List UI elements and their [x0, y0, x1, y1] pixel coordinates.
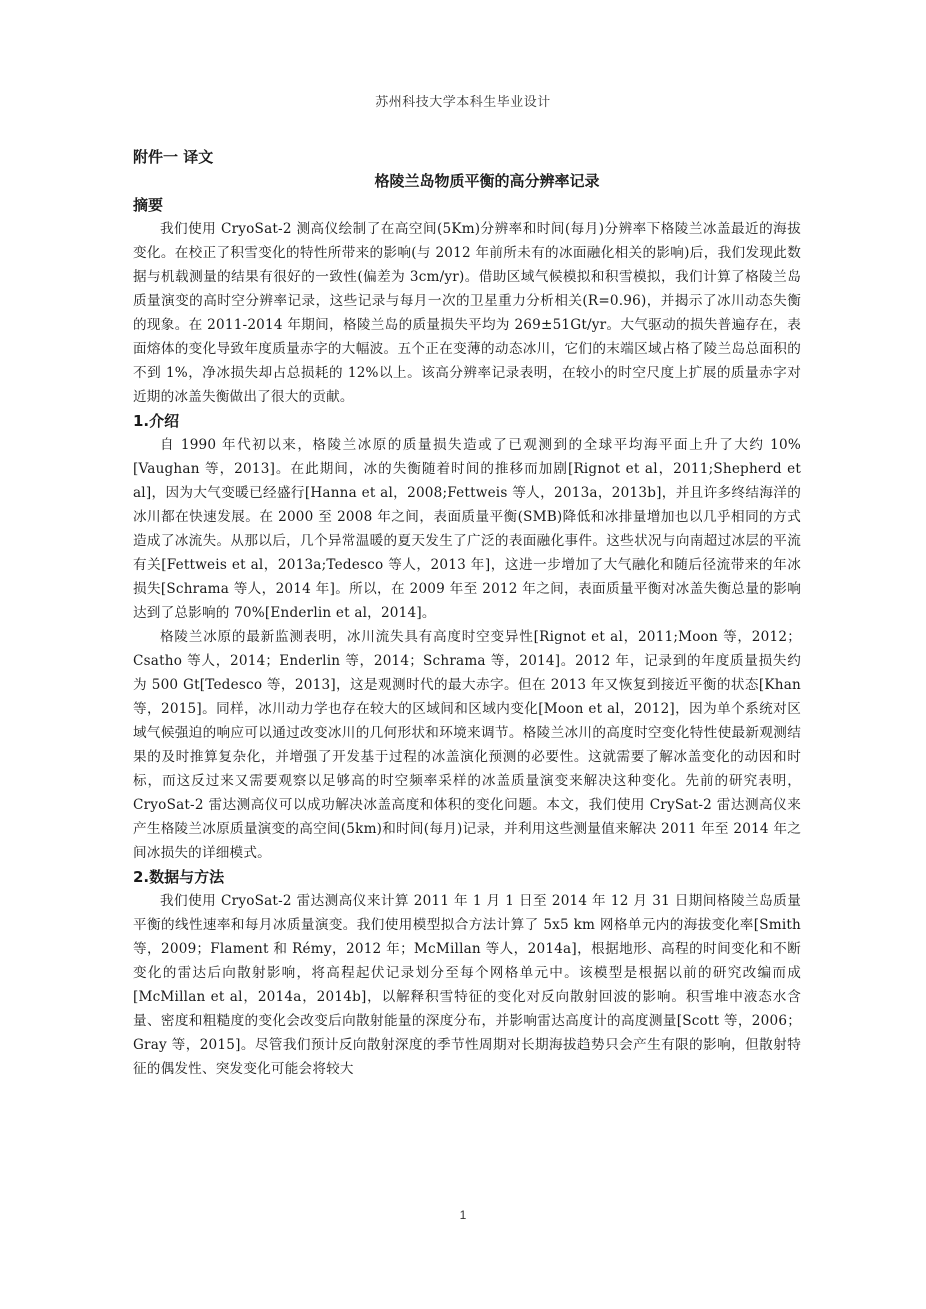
methods-heading: 2.数据与方法: [133, 865, 801, 889]
introduction-paragraph-2: 格陵兰冰原的最新监测表明，冰川流失具有高度时空变异性[Rignot et al，…: [133, 625, 801, 865]
document-title: 格陵兰岛物质平衡的高分辨率记录: [133, 169, 801, 193]
introduction-heading: 1.介绍: [133, 409, 801, 433]
page-number: 1: [0, 1208, 926, 1222]
methods-paragraph-1: 我们使用 CryoSat-2 雷达测高仪来计算 2011 年 1 月 1 日至 …: [133, 889, 801, 1081]
page-header: 苏州科技大学本科生毕业设计: [0, 91, 926, 110]
introduction-paragraph-1: 自 1990 年代初以来，格陵兰冰原的质量损失造或了已观测到的全球平均海平面上升…: [133, 433, 801, 625]
abstract-paragraph: 我们使用 CryoSat-2 测高仪绘制了在高空间(5Km)分辨率和时间(每月)…: [133, 217, 801, 409]
document-body: 附件一 译文 格陵兰岛物质平衡的高分辨率记录 摘要 我们使用 CryoSat-2…: [133, 145, 801, 1081]
document-page: 苏州科技大学本科生毕业设计 附件一 译文 格陵兰岛物质平衡的高分辨率记录 摘要 …: [0, 0, 926, 1309]
abstract-heading: 摘要: [133, 193, 801, 217]
annex-heading: 附件一 译文: [133, 145, 801, 169]
